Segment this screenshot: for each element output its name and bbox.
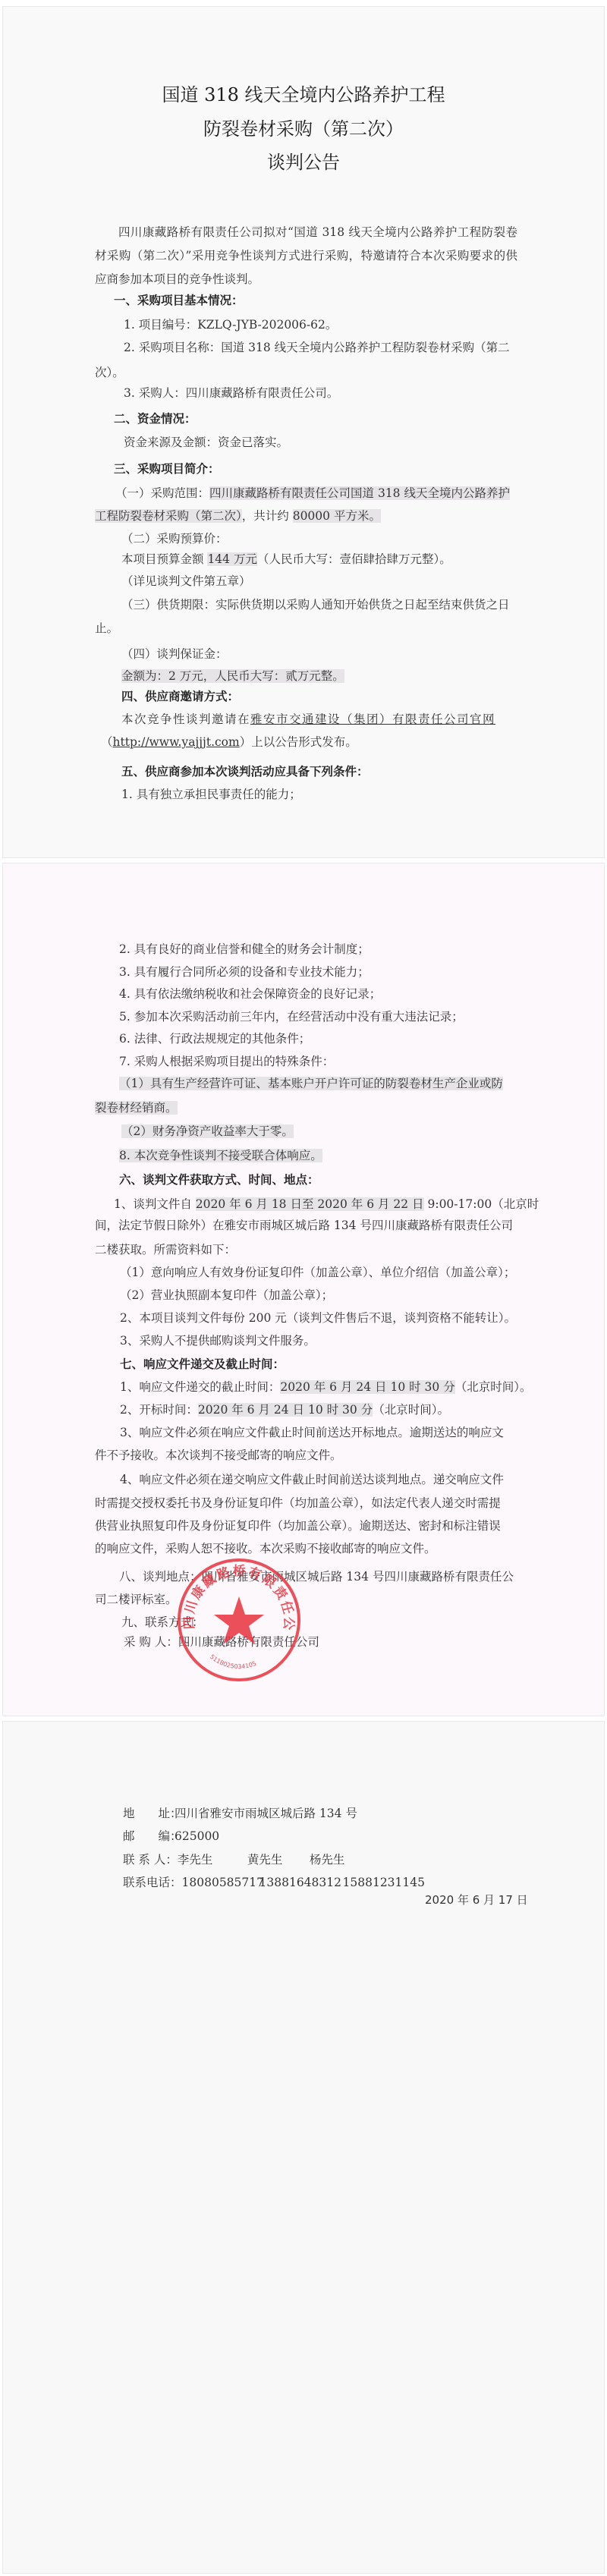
delivery-line-1: （三）供货期限：实际供货期以采购人通知开始供货之日起至结束供货之日	[121, 597, 510, 612]
special-1-text: （1）具有生产经营许可证、基本账户开户许可证的防裂卷材生产企业或防	[119, 1077, 503, 1090]
scope-label: （一）采购范围：	[115, 486, 209, 500]
address-label: 地 址：	[123, 1806, 175, 1821]
special-1-line-1: （1）具有生产经营许可证、基本账户开户许可证的防裂卷材生产企业或防	[119, 1076, 503, 1091]
contact-label: 联 系 人：	[123, 1853, 178, 1867]
negotiation-location-line-2: 司二楼评标室。	[95, 1592, 178, 1607]
scope-text: 四川康藏路桥有限责任公司国道 318 线天全境内公路养护	[209, 486, 510, 500]
rule-3-line-2: 件不予接收。本次谈判不接受邮寄的响应文件。	[95, 1448, 342, 1463]
deadline-label: 1、响应文件递交的截止时间：	[120, 1380, 280, 1394]
phone-1: 18080585717	[182, 1875, 259, 1890]
contact-persons-line: 联 系 人：李先生黄先生杨先生	[123, 1852, 344, 1867]
postcode-line: 邮 编：625000	[123, 1829, 219, 1844]
condition-7: 7. 采购人根据采购项目提出的特殊条件：	[119, 1054, 334, 1069]
section5-heading: 五、供应商参加本次谈判活动应具备下列条件：	[121, 764, 369, 779]
seal-number: 5118025034105	[209, 1653, 257, 1670]
scope-line-1: （一）采购范围：四川康藏路桥有限责任公司国道 318 线天全境内公路养护	[115, 486, 510, 501]
acquire-hours: 9:00-17:00（北京时	[424, 1197, 539, 1211]
special-2: （2）财务净资产收益率大于零。	[121, 1124, 294, 1139]
budget-note: （详见谈判文件第五章）	[121, 574, 251, 589]
condition-4: 4. 具有依法缴纳税收和社会保障资金的良好记录；	[119, 986, 381, 1002]
special-1-text-2: 裂卷材经销商。	[95, 1101, 178, 1115]
postcode-label: 邮 编：	[123, 1829, 175, 1844]
acquire-line-1: 1、谈判文件自 2020 年 6 月 18 日至 2020 年 6 月 22 日…	[114, 1197, 539, 1212]
acquire-prefix: 1、谈判文件自	[114, 1197, 196, 1211]
scope-text-2: 工程防裂卷材采购（第二次）	[95, 509, 242, 523]
project-number: 1. 项目编号：KZLQ-JYB-202006-62。	[124, 317, 337, 332]
invite-line-1: 本次竞争性谈判邀请在雅安市交通建设（集团）有限责任公司官网	[121, 712, 495, 727]
official-seal-icon: 四川康藏路桥有限责任公司 5118025034105	[176, 1557, 302, 1683]
title-line-3: 谈判公告	[2, 147, 605, 174]
doc-fee: 2、本项目谈判文件每份 200 元（谈判文件售后不退，谈判资格不能转让）。	[120, 1310, 516, 1326]
deposit-amount: 金额为：2 万元，人民币大写：贰万元整。	[121, 669, 344, 683]
rule-4-line-3: 供营业执照复印件及身份证复印件（均加盖公章）。逾期送达、密封和标注错误	[95, 1518, 501, 1533]
required-doc-1: （1）意向响应人有效身份证复印件（加盖公章）、单位介绍信（加盖公章）；	[120, 1265, 515, 1280]
address-line: 地 址：四川省雅安市雨城区城后路 134 号	[123, 1806, 357, 1821]
phone-2: 13881648312	[259, 1875, 343, 1890]
section2-heading: 二、资金情况：	[114, 411, 197, 426]
phone-label: 联系电话：	[123, 1876, 182, 1889]
rule-3-line-1: 3、响应文件必须在响应文件截止时间前送达开标地点。逾期送达的响应文	[120, 1425, 504, 1440]
title-line-2: 防裂卷材采购（第二次）	[2, 114, 605, 140]
budget-prefix: 本项目预算金额	[121, 552, 207, 566]
condition-8: 8. 本次竞争性谈判不接受联合体响应。	[119, 1148, 322, 1163]
deadline-tz: （北京时间）。	[455, 1380, 532, 1394]
budget-amount: 144 万元	[207, 552, 257, 566]
condition-2: 2. 具有良好的商业信誉和健全的财务会计制度；	[119, 942, 370, 957]
paren-open: （	[101, 735, 113, 749]
budget-line: 本项目预算金额 144 万元（人民币大写：壹佰肆拾肆万元整）。	[121, 552, 451, 567]
site-url-link[interactable]: http://www.yajjjt.com	[113, 735, 240, 749]
deposit-text: 金额为：2 万元，人民币大写：贰万元整。	[121, 668, 344, 684]
invite-site-link[interactable]: 雅安市交通建设（集团）有限责任公司官网	[250, 712, 495, 726]
special-1-line-2: 裂卷材经销商。	[95, 1100, 178, 1115]
opening-line: 2、开标时间：2020 年 6 月 24 日 10 时 30 分（北京时间）。	[120, 1402, 449, 1417]
funding-source: 资金来源及金额：资金已落实。	[124, 435, 288, 450]
opening-tz: （北京时间）。	[373, 1403, 449, 1417]
rule-4-line-4: 的响应文件，采购人恕不接收。本次采购不接收邮寄的响应文件。	[95, 1541, 436, 1556]
section1-heading: 一、采购项目基本情况：	[114, 293, 244, 308]
special-2-text: （2）财务净资产收益率大于零。	[121, 1124, 294, 1138]
invite-prefix: 本次竞争性谈判邀请在	[121, 712, 250, 726]
postcode-value: 625000	[175, 1829, 219, 1843]
scope-quantity: 80000 平方米。	[293, 509, 381, 523]
project-name-cont: 次）。	[95, 365, 124, 380]
deposit-label: （四）谈判保证金：	[121, 646, 228, 662]
section7-heading: 七、响应文件递交及截止时间：	[120, 1357, 285, 1372]
contact-person-2: 黄先生	[247, 1852, 310, 1867]
budget-label: （二）采购预算价：	[121, 531, 228, 546]
section3-heading: 三、采购项目简介：	[114, 461, 220, 477]
title-line-1: 国道 318 线天全境内公路养护工程	[2, 80, 605, 106]
required-doc-2: （2）营业执照副本复印件（加盖公章）；	[120, 1288, 333, 1303]
opening-label: 2、开标时间：	[120, 1403, 198, 1417]
intro-paragraph: 四川康藏路桥有限责任公司拟对“国道 318 线天全境内公路养护工程防裂卷材采购（…	[95, 221, 517, 291]
contact-person-1: 李先生	[178, 1852, 247, 1867]
opening-time: 2020 年 6 月 24 日 10 时 30 分	[198, 1403, 373, 1417]
no-mail-order: 3、采购人不提供邮购谈判文件服务。	[120, 1333, 316, 1348]
document-page-3	[2, 1721, 605, 2574]
purchaser: 3. 采购人：四川康藏路桥有限责任公司。	[124, 385, 338, 401]
purchaser-label: 采 购 人：	[124, 1635, 178, 1649]
announcement-date: 2020 年 6 月 17 日	[425, 1892, 528, 1908]
phone-3: 15881231145	[343, 1876, 425, 1889]
condition-6: 6. 法律、行政法规规定的其他条件；	[119, 1031, 310, 1046]
deadline-line: 1、响应文件递交的截止时间：2020 年 6 月 24 日 10 时 30 分（…	[120, 1379, 531, 1395]
condition-5: 5. 参加本次采购活动前三年内，在经营活动中没有重大违法记录；	[119, 1009, 464, 1024]
project-name: 2. 采购项目名称：国道 318 线天全境内公路养护工程防裂卷材采购（第二	[124, 340, 510, 355]
address-value: 四川省雅安市雨城区城后路 134 号	[175, 1807, 357, 1820]
section4-heading: 四、供应商邀请方式：	[121, 689, 239, 704]
condition-8-text: 8. 本次竞争性谈判不接受联合体响应。	[119, 1149, 322, 1162]
contact-person-3: 杨先生	[310, 1853, 345, 1867]
section6-heading: 六、谈判文件获取方式、时间、地点：	[119, 1172, 319, 1187]
scope-line-2: 工程防裂卷材采购（第二次），共计约 80000 平方米。	[95, 508, 381, 524]
rule-4-line-2: 时需提交授权委托书及身份证复印件（均加盖公章），如法定代表人递交时需提	[95, 1496, 501, 1511]
rule-4-line-1: 4、响应文件必须在递交响应文件截止时间前送达谈判地点。递交响应文件	[120, 1472, 504, 1487]
deadline-time: 2020 年 6 月 24 日 10 时 30 分	[280, 1380, 454, 1394]
acquire-line-3: 二楼获取。所需资料如下：	[95, 1242, 236, 1257]
budget-suffix: （人民币大写：壹佰肆拾肆万元整）。	[257, 552, 451, 566]
delivery-line-2: 止。	[95, 621, 118, 636]
acquire-line-2: 间，法定节假日除外）在雅安市雨城区城后路 134 号四川康藏路桥有限责任公司	[95, 1218, 513, 1233]
invite-rest: ）上以公告形式发布。	[240, 735, 357, 749]
condition-3: 3. 具有履行合同所必须的设备和专业技术能力；	[119, 964, 370, 980]
condition-1: 1. 具有独立承担民事责任的能力；	[121, 787, 301, 802]
scope-mid: ，共计约	[242, 509, 293, 523]
invite-line-2: （http://www.yajjjt.com）上以公告形式发布。	[101, 734, 357, 750]
phone-line: 联系电话：180805857171388164831215881231145	[123, 1875, 425, 1890]
acquire-dates: 2020 年 6 月 18 日至 2020 年 6 月 22 日	[196, 1197, 424, 1211]
